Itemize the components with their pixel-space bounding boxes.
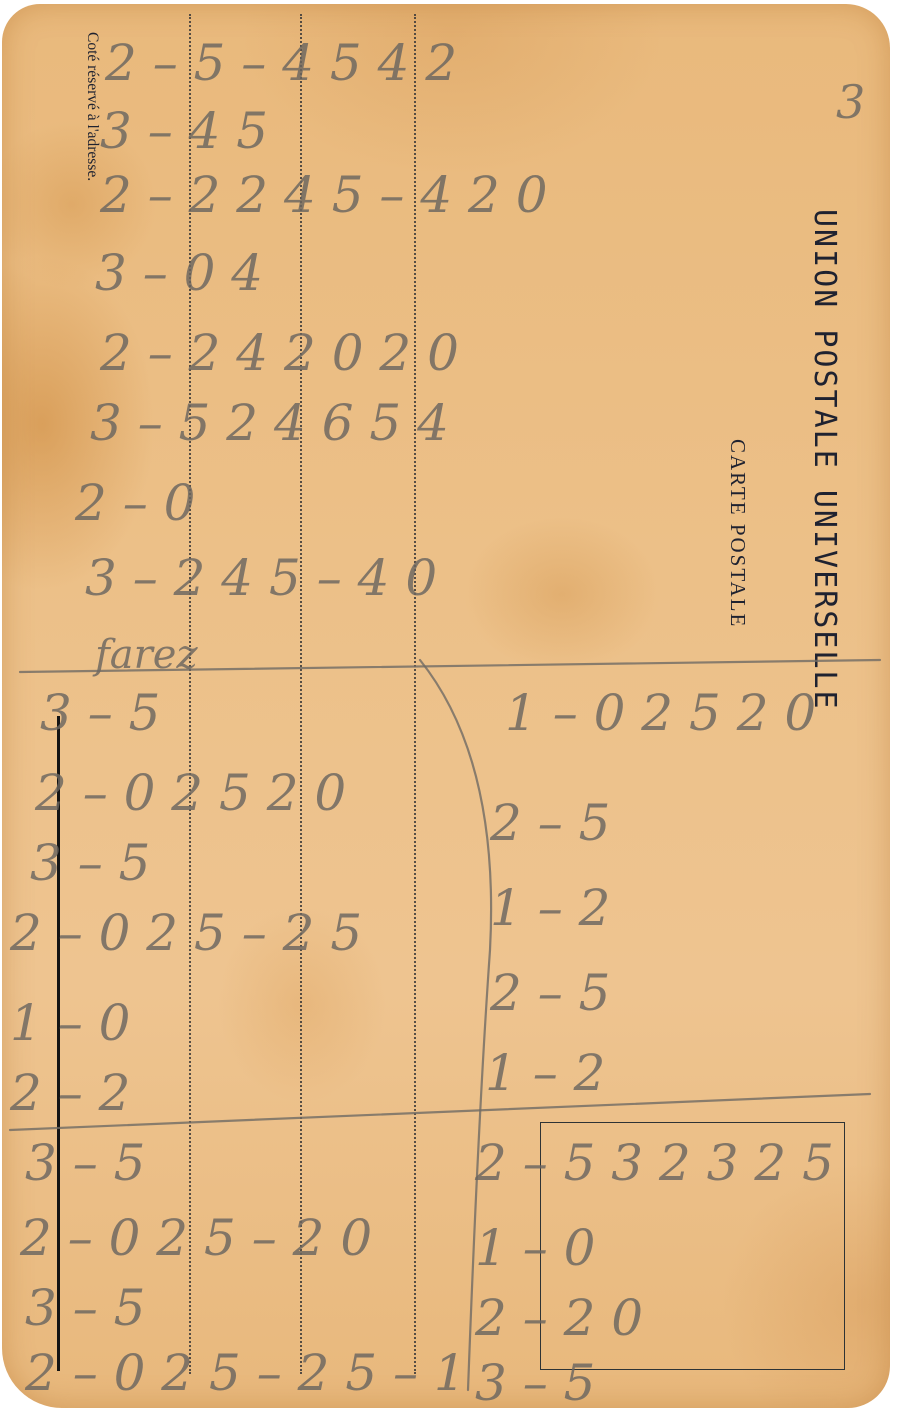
dotted-divider-3 bbox=[414, 14, 416, 1374]
stamp-box bbox=[540, 1122, 845, 1370]
dotted-divider-1 bbox=[189, 14, 191, 1374]
postcard-back: UNION POSTALE UNIVERSELLE CARTE POSTALE … bbox=[2, 4, 890, 1408]
union-postale-title: UNION POSTALE UNIVERSELLE bbox=[807, 209, 842, 711]
address-rule bbox=[57, 716, 60, 1371]
carte-postale-subtitle: CARTE POSTALE bbox=[725, 439, 750, 628]
address-side-note: Coté réservé à l'adresse. bbox=[83, 32, 101, 181]
dotted-divider-2 bbox=[300, 14, 302, 1374]
